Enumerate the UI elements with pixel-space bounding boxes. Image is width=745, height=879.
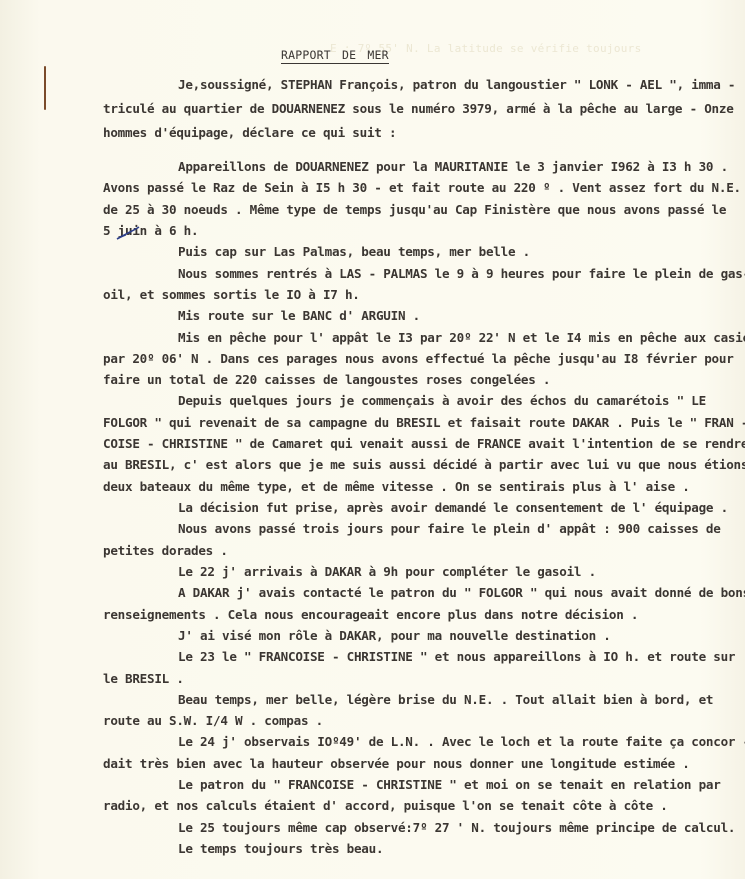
document-line: Appareillons de DOUARNENEZ pour la MAURI… (178, 159, 728, 174)
document-line: Depuis quelques jours je commençais à av… (178, 393, 706, 408)
document-line: Le 24 j' observais IOº49' de L.N. . Avec… (178, 734, 745, 749)
document-line: Avons passé le Raz de Sein à I5 h 30 - e… (103, 180, 741, 195)
document-line: Mis route sur le BANC d' ARGUIN . (178, 308, 420, 323)
document-line: Je,soussigné, STEPHAN François, patron d… (178, 77, 735, 92)
document-line: Mis en pêche pour l' appât le I3 par 20º… (178, 330, 745, 345)
document-line: Nous sommes rentrés à LAS - PALMAS le 9 … (178, 266, 745, 281)
document-line: de 25 à 30 noeuds . Même type de temps j… (103, 202, 726, 217)
document-line: FOLGOR " qui revenait de sa campagne du … (103, 415, 745, 430)
document-line: Le patron du " FRANCOISE - CHRISTINE " e… (178, 777, 721, 792)
document-page: E : 7º 55' N. La latitude se vérifie tou… (0, 0, 745, 879)
document-line: Puis cap sur Las Palmas, beau temps, mer… (178, 244, 530, 259)
document-line: Le temps toujours très beau. (178, 841, 383, 856)
document-line: hommes d'équipage, déclare ce qui suit : (103, 125, 396, 140)
document-line: au BRESIL, c' est alors que je me suis a… (103, 457, 745, 472)
margin-pen-mark (44, 66, 46, 110)
document-line: petites dorades . (103, 543, 228, 558)
document-line: triculé au quartier de DOUARNENEZ sous l… (103, 101, 734, 116)
document-title: RAPPORT DE MER (281, 48, 389, 64)
document-line: Le 25 toujours même cap observé:7º 27 ' … (178, 820, 735, 835)
document-line: deux bateaux du même type, et de même vi… (103, 479, 690, 494)
document-line: COISE - CHRISTINE " de Camaret qui venai… (103, 436, 745, 451)
document-line: A DAKAR j' avais contacté le patron du "… (178, 585, 745, 600)
document-line: J' ai visé mon rôle à DAKAR, pour ma nou… (178, 628, 611, 643)
document-line: Nous avons passé trois jours pour faire … (178, 521, 721, 536)
document-line: renseignements . Cela nous encourageait … (103, 607, 638, 622)
document-line: Beau temps, mer belle, légère brise du N… (178, 692, 713, 707)
document-line: le BRESIL . (103, 671, 184, 686)
document-line: oil, et sommes sortis le IO à I7 h. (103, 287, 360, 302)
document-line: par 20º 06' N . Dans ces parages nous av… (103, 351, 734, 366)
document-line: faire un total de 220 caisses de langous… (103, 372, 550, 387)
document-line: route au S.W. I/4 W . compas . (103, 713, 323, 728)
document-line: Le 23 le " FRANCOISE - CHRISTINE " et no… (178, 649, 735, 664)
document-line: 5 juin à 6 h. (103, 223, 198, 238)
document-line: La décision fut prise, après avoir deman… (178, 500, 728, 515)
document-line: dait très bien avec la hauteur observée … (103, 756, 690, 771)
document-line: Le 22 j' arrivais à DAKAR à 9h pour comp… (178, 564, 596, 579)
document-line: radio, et nos calculs étaient d' accord,… (103, 798, 668, 813)
